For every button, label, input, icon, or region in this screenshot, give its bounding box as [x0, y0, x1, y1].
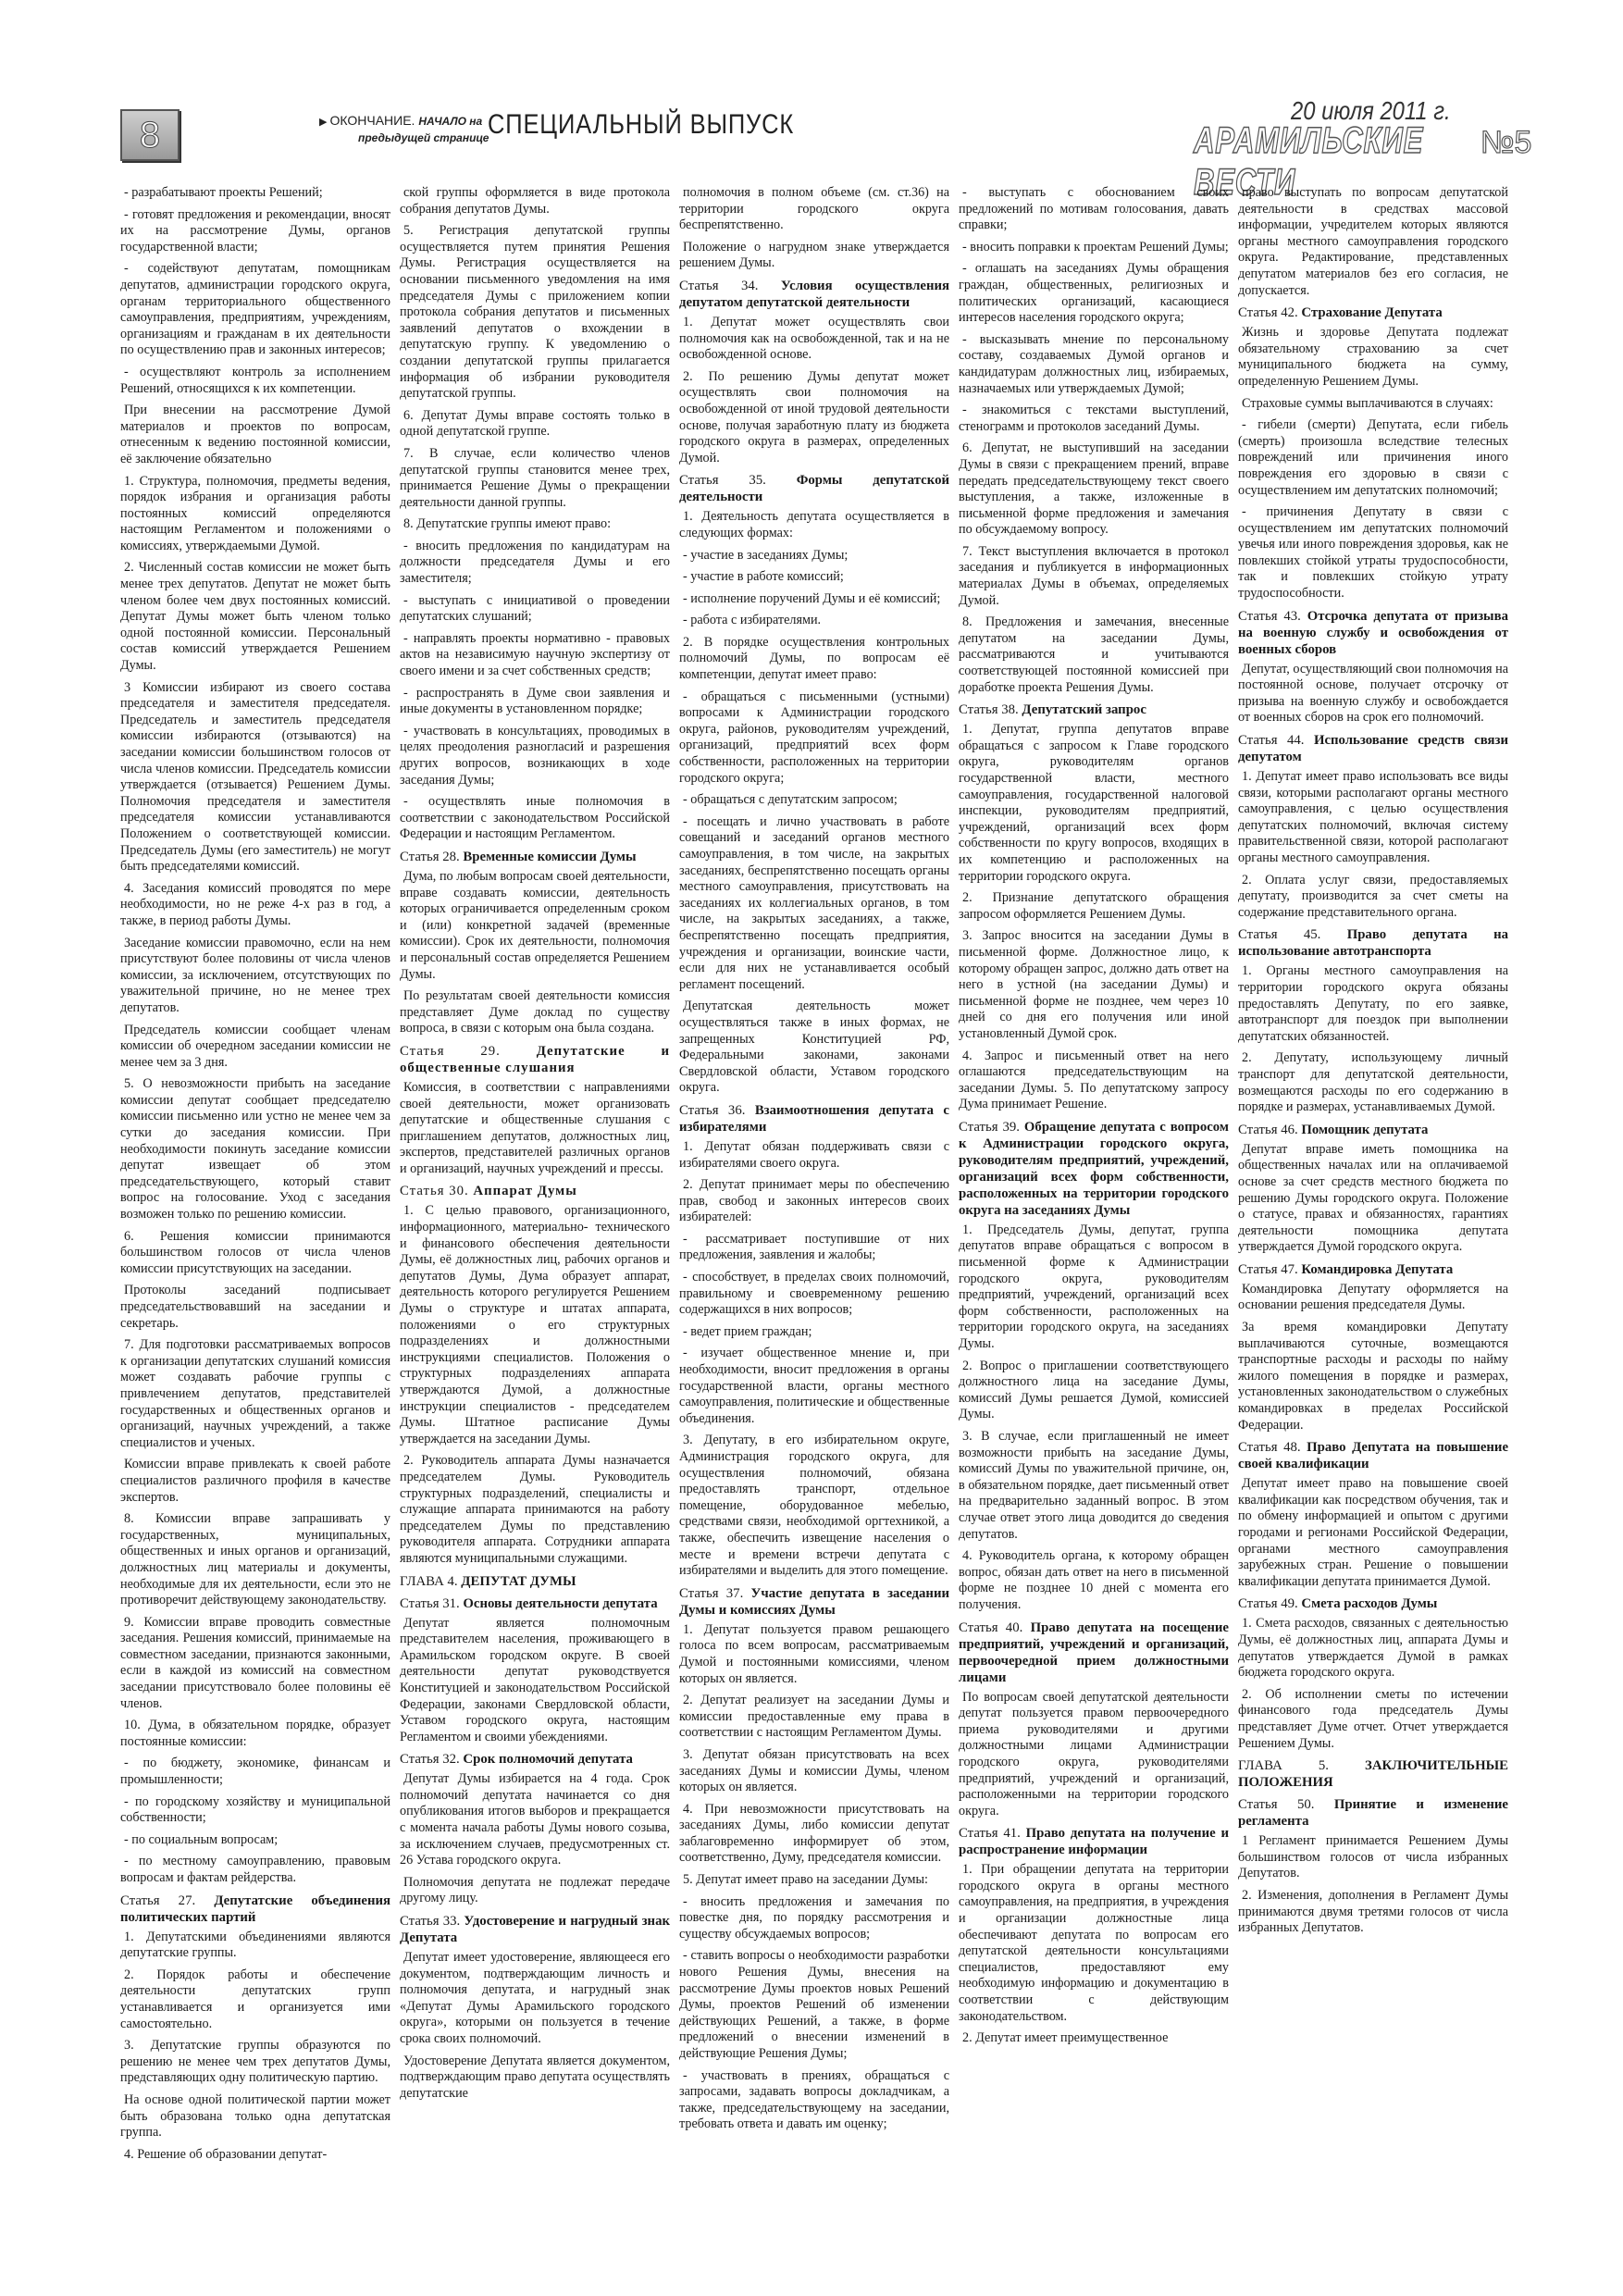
- paragraph: 6. Депутат, не выступивший на заседании …: [959, 441, 1229, 539]
- article-number: Статья 49.: [1238, 1596, 1301, 1611]
- paragraph: 2. Руководитель аппарата Думы назначаетс…: [400, 1453, 670, 1567]
- article-number: Статья 34.: [679, 279, 781, 293]
- paragraph: 3 Комиссии избирают из своего состава пр…: [120, 680, 390, 875]
- paragraph: - готовят предложения и рекомендации, вн…: [120, 207, 390, 256]
- paragraph: По вопросам своей депутатской деятельнос…: [959, 1690, 1229, 1820]
- article-heading: Статья 40. Право депутата на посещение п…: [959, 1620, 1229, 1686]
- article-title: Аппарат Думы: [473, 1184, 576, 1198]
- paragraph: - работа с избирателями.: [679, 613, 949, 629]
- paragraph: 1. При обращении депутата на территории …: [959, 1862, 1229, 2025]
- paragraph: Депутат вправе иметь помощника на общест…: [1238, 1142, 1508, 1256]
- paragraph: - осуществляют контроль за исполнением Р…: [120, 365, 390, 397]
- article-heading: Статья 27. Депутатские объединения полит…: [120, 1893, 390, 1926]
- paragraph: 1. Депутатскими объединениями являются д…: [120, 1930, 390, 1962]
- paragraph: ской группы оформляется в виде протокола…: [400, 185, 670, 217]
- paragraph: 5. Регистрация депутатской группы осущес…: [400, 223, 670, 403]
- article-heading: Статья 37. Участие депутата в заседании …: [679, 1585, 949, 1619]
- article-heading: Статья 44. Использование средств связи д…: [1238, 732, 1508, 765]
- paragraph: За время командировки Депутату выплачива…: [1238, 1320, 1508, 1433]
- article-heading: Статья 30. Аппарат Думы: [400, 1183, 670, 1199]
- paragraph: 1. Деятельность депутата осуществляется …: [679, 509, 949, 541]
- paragraph: - вносить предложения по кандидатурам на…: [400, 539, 670, 588]
- paragraph: 8. Депутатские группы имеют право:: [400, 516, 670, 533]
- article-heading: Статья 43. Отсрочка депутата от призыва …: [1238, 608, 1508, 658]
- paragraph: 1. С целью правового, организационного, …: [400, 1203, 670, 1447]
- paragraph: 4. Решение об образовании депутат-: [120, 2147, 390, 2164]
- paragraph: 7. Текст выступления включается в проток…: [959, 544, 1229, 609]
- paragraph: 3. Депутат обязан присутствовать на всех…: [679, 1747, 949, 1796]
- column-5: право выступать по вопросам депутатской …: [1238, 185, 1508, 2258]
- paragraph: 2. Оплата услуг связи, предоставляемых д…: [1238, 873, 1508, 922]
- paragraph: - рассматривает поступившие от них предл…: [679, 1232, 949, 1264]
- paragraph: - ставить вопросы о необходимости разраб…: [679, 1948, 949, 2062]
- paragraph: Депутат имеет право на повышение своей к…: [1238, 1476, 1508, 1590]
- article-number: Статья 37.: [679, 1586, 751, 1601]
- article-title: ДЕПУТАТ ДУМЫ: [461, 1574, 576, 1589]
- paragraph: 1. Председатель Думы, депутат, группа де…: [959, 1222, 1229, 1353]
- paragraph: Командировка Депутату оформляется на осн…: [1238, 1282, 1508, 1314]
- paragraph: 4. Руководитель органа, к которому обращ…: [959, 1548, 1229, 1613]
- article-number: ГЛАВА 4.: [400, 1574, 461, 1589]
- paragraph: На основе одной политической партии може…: [120, 2092, 390, 2141]
- paragraph: 2. Численный состав комиссии не может бы…: [120, 560, 390, 674]
- paragraph: 3. Депутатские группы образуются по реше…: [120, 2038, 390, 2087]
- article-heading: Статья 32. Срок полномочий депутата: [400, 1751, 670, 1768]
- article-number: Статья 27.: [120, 1893, 214, 1908]
- article-heading: Статья 28. Временные комиссии Думы: [400, 849, 670, 865]
- paragraph: - причинения Депутату в связи с осуществ…: [1238, 504, 1508, 602]
- paragraph: - выступать с инициативой о проведении д…: [400, 593, 670, 626]
- paragraph: Удостоверение Депутата является документ…: [400, 2054, 670, 2103]
- paragraph: Положение о нагрудном знаке утверждается…: [679, 240, 949, 272]
- article-number: Статья 28.: [400, 850, 463, 864]
- article-number: ГЛАВА 5.: [1238, 1758, 1365, 1773]
- article-number: Статья 32.: [400, 1752, 463, 1767]
- paragraph: 9. Комиссии вправе проводить совместные …: [120, 1615, 390, 1713]
- paragraph: Дума, по любым вопросам своей деятельнос…: [400, 869, 670, 983]
- article-heading: Статья 45. Право депутата на использован…: [1238, 926, 1508, 960]
- column-1: - разрабатывают проекты Решений;- готовя…: [120, 185, 390, 2258]
- article-number: Статья 35.: [679, 473, 797, 488]
- article-heading: Статья 34. Условия осуществления депутат…: [679, 278, 949, 311]
- column-3: полномочия в полном объеме (см. ст.36) н…: [679, 185, 949, 2258]
- article-heading: Статья 41. Право депутата на получение и…: [959, 1825, 1229, 1858]
- paragraph: 2. Изменения, дополнения в Регламент Дум…: [1238, 1888, 1508, 1937]
- paragraph: - разрабатывают проекты Решений;: [120, 185, 390, 202]
- article-title: Срок полномочий депутата: [463, 1752, 633, 1767]
- paragraph: 4. При невозможности присутствовать на з…: [679, 1802, 949, 1867]
- paragraph: 2. Об исполнении сметы по истечении фина…: [1238, 1687, 1508, 1752]
- article-heading: Статья 42. Страхование Депутата: [1238, 304, 1508, 321]
- article-heading: Статья 36. Взаимоотношения депутата с из…: [679, 1102, 949, 1136]
- article-title: Смета расходов Думы: [1301, 1596, 1437, 1611]
- paragraph: - ведет прием граждан;: [679, 1324, 949, 1341]
- paragraph: 6. Депутат Думы вправе состоять только в…: [400, 408, 670, 441]
- paragraph: 8. Предложения и замечания, внесенные де…: [959, 614, 1229, 696]
- paragraph: - обращаться с письменными (устными) воп…: [679, 689, 949, 788]
- paragraph: - распространять в Думе свои заявления и…: [400, 686, 670, 718]
- paragraph: 10. Дума, в обязательном порядке, образу…: [120, 1718, 390, 1750]
- paragraph: Депутат имеет удостоверение, являющееся …: [400, 1950, 670, 2048]
- paragraph: - участвовать в прениях, обращаться с за…: [679, 2068, 949, 2133]
- paragraph: - исполнение поручений Думы и её комисси…: [679, 591, 949, 608]
- paragraph: - участвовать в консультациях, проводимы…: [400, 724, 670, 788]
- article-number: Статья 45.: [1238, 927, 1347, 942]
- article-number: Статья 48.: [1238, 1440, 1307, 1455]
- article-heading: Статья 39. Обращение депутата с вопросом…: [959, 1119, 1229, 1219]
- article-number: Статья 29.: [400, 1044, 537, 1059]
- article-title: Основы деятельности депутата: [463, 1596, 657, 1611]
- paragraph: 3. Запрос вносится на заседании Думы в п…: [959, 928, 1229, 1042]
- paragraph: - обращаться с депутатским запросом;: [679, 792, 949, 809]
- paragraph: - гибели (смерти) Депутата, если гибель …: [1238, 417, 1508, 499]
- paragraph: 2. Депутат принимает меры по обеспечению…: [679, 1177, 949, 1226]
- article-heading: Статья 33. Удостоверение и нагрудный зна…: [400, 1913, 670, 1946]
- paragraph: 1. Депутат может осуществлять свои полно…: [679, 315, 949, 364]
- article-title: Временные комиссии Думы: [463, 850, 636, 864]
- article-heading: ГЛАВА 4. ДЕПУТАТ ДУМЫ: [400, 1573, 670, 1590]
- paragraph: - вносить предложения и замечания по пов…: [679, 1894, 949, 1943]
- article-heading: Статья 29. Депутатские и общественные сл…: [400, 1043, 670, 1076]
- article-title: Страхование Депутата: [1301, 305, 1442, 320]
- paragraph: - изучает общественное мнение и, при нео…: [679, 1346, 949, 1427]
- paragraph: 1. Смета расходов, связанных с деятельно…: [1238, 1616, 1508, 1681]
- continuation-note: ▶ОКОНЧАНИЕ. НАЧАЛО на предыдущей страниц…: [319, 113, 489, 144]
- paragraph: Комиссии вправе привлекать к своей работ…: [120, 1457, 390, 1506]
- article-heading: Статья 31. Основы деятельности депутата: [400, 1595, 670, 1612]
- page-number: 8: [120, 109, 180, 161]
- paragraph: 2. Депутату, использующему личный трансп…: [1238, 1050, 1508, 1115]
- issue-number: №5: [1481, 125, 1531, 161]
- article-heading: Статья 49. Смета расходов Думы: [1238, 1595, 1508, 1612]
- article-number: Статья 42.: [1238, 305, 1301, 320]
- paragraph: Депутат Думы избирается на 4 года. Срок …: [400, 1771, 670, 1869]
- paragraph: Жизнь и здоровье Депутата подлежат обяза…: [1238, 325, 1508, 390]
- article-heading: Статья 38. Депутатский запрос: [959, 701, 1229, 718]
- paragraph: 2. Вопрос о приглашении соответствующего…: [959, 1359, 1229, 1423]
- paragraph: - по местному самоуправлению, правовым в…: [120, 1854, 390, 1886]
- paragraph: - высказывать мнение по персональному со…: [959, 332, 1229, 397]
- article-heading: Статья 50. Принятие и изменение регламен…: [1238, 1796, 1508, 1830]
- paragraph: - вносить поправки к проектам Решений Ду…: [959, 240, 1229, 256]
- paragraph: - знакомиться с текстами выступлений, ст…: [959, 403, 1229, 435]
- article-number: Статья 41.: [959, 1826, 1026, 1841]
- paragraph: - способствует, в пределах своих полномо…: [679, 1270, 949, 1319]
- article-number: Статья 39.: [959, 1120, 1024, 1135]
- paragraph: 2. Порядок работы и обеспечение деятельн…: [120, 1967, 390, 2032]
- column-2: ской группы оформляется в виде протокола…: [400, 185, 670, 2258]
- paragraph: - направлять проекты нормативно - правов…: [400, 631, 670, 680]
- paragraph: 1. Депутат имеет право использовать все …: [1238, 769, 1508, 867]
- paragraph: - участие в заседаниях Думы;: [679, 548, 949, 565]
- paragraph: 2. В порядке осуществления контрольных п…: [679, 635, 949, 684]
- paragraph: 3. В случае, если приглашенный не имеет …: [959, 1429, 1229, 1543]
- section-title: СПЕЦИАЛЬНЫЙ ВЫПУСК: [488, 109, 794, 141]
- paragraph: Председатель комиссии сообщает членам ко…: [120, 1023, 390, 1072]
- paragraph: 2. Признание депутатского обращения запр…: [959, 890, 1229, 923]
- paragraph: Депутат, осуществляющий свои полномочия …: [1238, 662, 1508, 726]
- paragraph: По результатам своей деятельности комисс…: [400, 988, 670, 1037]
- paragraph: 7. В случае, если количество членов депу…: [400, 446, 670, 511]
- paragraph: Заседание комиссии правомочно, если на н…: [120, 936, 390, 1017]
- paragraph: полномочия в полном объеме (см. ст.36) н…: [679, 185, 949, 234]
- paragraph: 5. О невозможности прибыть на заседание …: [120, 1076, 390, 1222]
- article-heading: Статья 35. Формы депутатской деятельност…: [679, 472, 949, 505]
- article-title: Помощник депутата: [1301, 1123, 1428, 1137]
- article-number: Статья 38.: [959, 702, 1022, 717]
- article-heading: ГЛАВА 5. ЗАКЛЮЧИТЕЛЬНЫЕ ПОЛОЖЕНИЯ: [1238, 1757, 1508, 1791]
- paragraph: Протоколы заседаний подписывает председа…: [120, 1283, 390, 1332]
- paragraph: 8. Комиссии вправе запрашивать у государ…: [120, 1511, 390, 1609]
- continuation-bold: НАЧАЛО на: [418, 115, 482, 128]
- paragraph: 1. Органы местного самоуправления на тер…: [1238, 963, 1508, 1045]
- paragraph: право выступать по вопросам депутатской …: [1238, 185, 1508, 299]
- paragraph: - по социальным вопросам;: [120, 1832, 390, 1849]
- paragraph: Полномочия депутата не подлежат передаче…: [400, 1875, 670, 1907]
- paragraph: - осуществлять иные полномочия в соответ…: [400, 794, 670, 843]
- masthead: 8 ▶ОКОНЧАНИЕ. НАЧАЛО на предыдущей стран…: [0, 0, 1623, 176]
- article-number: Статья 36.: [679, 1103, 755, 1118]
- paragraph: 3. Депутату, в его избирательном округе,…: [679, 1433, 949, 1579]
- paragraph: - участие в работе комиссий;: [679, 569, 949, 586]
- paragraph: 5. Депутат имеет право на заседании Думы…: [679, 1872, 949, 1889]
- article-heading: Статья 47. Командировка Депутата: [1238, 1261, 1508, 1278]
- article-number: Статья 30.: [400, 1184, 473, 1198]
- paragraph: При внесении на рассмотрение Думой матер…: [120, 403, 390, 467]
- paragraph: 1. Депутат обязан поддерживать связи с и…: [679, 1139, 949, 1172]
- article-heading: Статья 46. Помощник депутата: [1238, 1122, 1508, 1138]
- article-number: Статья 33.: [400, 1914, 464, 1929]
- paragraph: 4. Заседания комиссий проводятся по мере…: [120, 881, 390, 930]
- paragraph: Депутат является полномочным представите…: [400, 1616, 670, 1746]
- paragraph: - посещать и лично участвовать в работе …: [679, 814, 949, 994]
- paragraph: 2. Депутат имеет преимущественное: [959, 2030, 1229, 2047]
- arrow-right-icon: ▶: [319, 117, 327, 128]
- paragraph: - оглашать на заседаниях Думы обращения …: [959, 261, 1229, 326]
- article-number: Статья 47.: [1238, 1262, 1301, 1277]
- paragraph: 7. Для подготовки рассматриваемых вопрос…: [120, 1337, 390, 1451]
- paragraph: Страховые суммы выплачиваются в случаях:: [1238, 396, 1508, 413]
- paragraph: Комиссия, в соответствии с направлениями…: [400, 1080, 670, 1178]
- paragraph: 1 Регламент принимается Решением Думы бо…: [1238, 1833, 1508, 1882]
- paragraph: 6. Решения комиссии принимаются большинс…: [120, 1229, 390, 1278]
- column-4: - выступать с обоснованием своих предлож…: [959, 185, 1229, 2258]
- article-columns: - разрабатывают проекты Решений;- готовя…: [120, 185, 1508, 2258]
- paragraph: 2. По решению Думы депутат может осущест…: [679, 369, 949, 467]
- article-number: Статья 31.: [400, 1596, 463, 1611]
- paragraph: - по бюджету, экономике, финансам и пром…: [120, 1756, 390, 1788]
- article-number: Статья 43.: [1238, 609, 1307, 624]
- paragraph: - по городскому хозяйству и муниципально…: [120, 1794, 390, 1827]
- article-number: Статья 44.: [1238, 733, 1314, 748]
- paragraph: - выступать с обоснованием своих предлож…: [959, 185, 1229, 234]
- paragraph: 1. Депутат, группа депутатов вправе обра…: [959, 722, 1229, 885]
- paragraph: 1. Депутат пользуется правом решающего г…: [679, 1622, 949, 1687]
- continuation-sub: предыдущей странице: [358, 131, 489, 144]
- paragraph: - содействуют депутатам, помощникам депу…: [120, 261, 390, 359]
- paragraph: 2. Депутат реализует на заседании Думы и…: [679, 1693, 949, 1742]
- article-title: Депутатский запрос: [1022, 702, 1146, 717]
- article-heading: Статья 48. Право Депутата на повышение с…: [1238, 1439, 1508, 1472]
- article-number: Статья 50.: [1238, 1797, 1334, 1812]
- article-number: Статья 46.: [1238, 1123, 1301, 1137]
- paragraph: Депутатская деятельность может осуществл…: [679, 999, 949, 1097]
- paragraph: 1. Структура, полномочия, предметы веден…: [120, 474, 390, 555]
- paragraph: 4. Запрос и письменный ответ на него огл…: [959, 1049, 1229, 1113]
- article-title: Командировка Депутата: [1301, 1262, 1453, 1277]
- article-number: Статья 40.: [959, 1620, 1031, 1635]
- continuation-label: ОКОНЧАНИЕ.: [329, 113, 415, 128]
